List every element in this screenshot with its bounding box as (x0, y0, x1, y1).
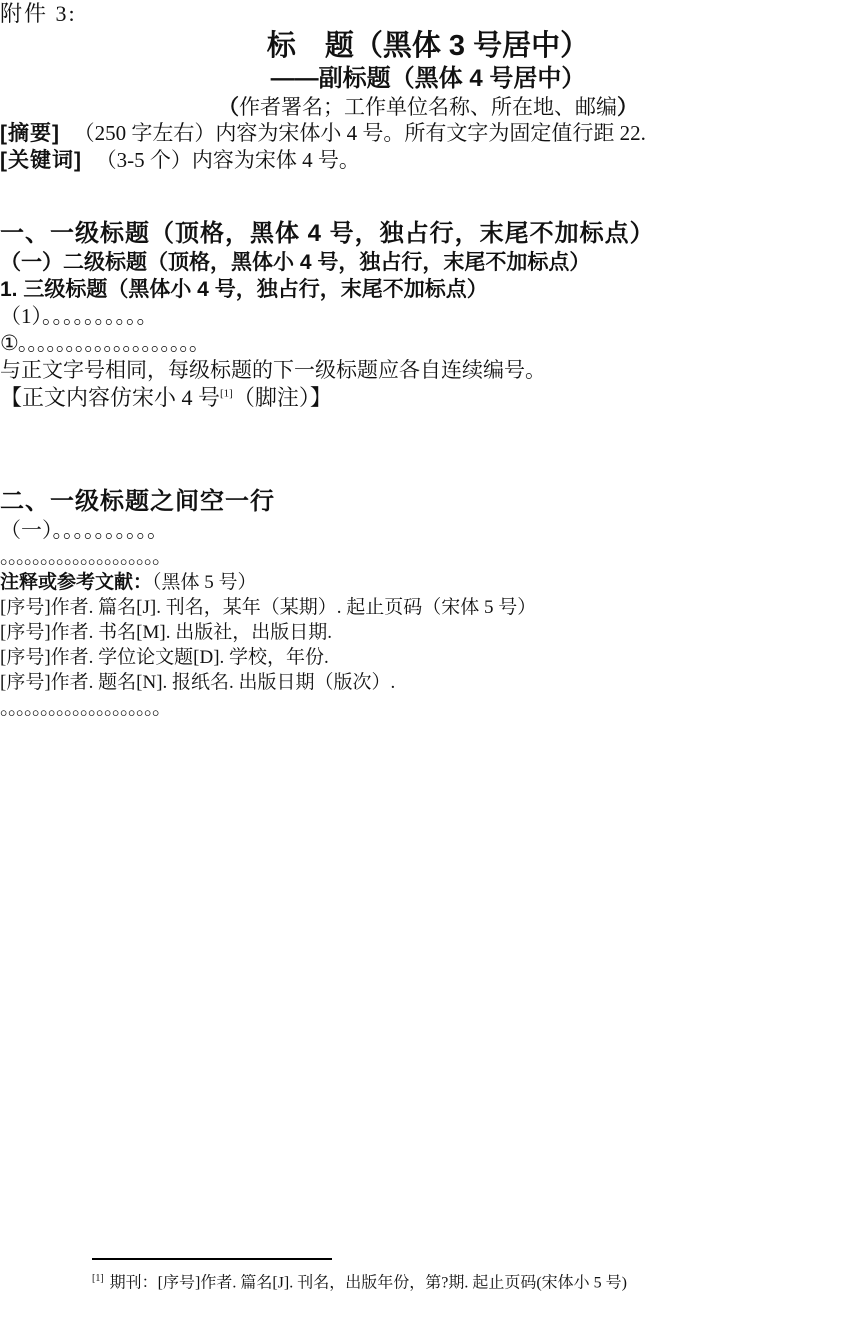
section1-heading-level2: （一）二级标题（顶格，黑体小 4 号，独占行，末尾不加标点） (0, 249, 856, 276)
paper-title: 标 题（黑体 3 号居中） (0, 28, 856, 64)
references-dots-row: 。。。。。。。。。。。。。。。。。。。。 (0, 695, 856, 721)
keywords-label: [关键词] (0, 149, 96, 172)
footnote-text: 期刊：[序号]作者. 篇名[J]. 刊名，出版年份，第?期. 起止页码(宋体小 … (110, 1274, 627, 1291)
abstract-label: [摘要] (0, 122, 74, 145)
section1-heading-level3: 1. 三级标题（黑体小 4 号，独占行，末尾不加标点） (0, 276, 856, 303)
footnote-area: [1]期刊：[序号]作者. 篇名[J]. 刊名，出版年份，第?期. 起止页码(宋… (92, 1258, 812, 1293)
footnote-reference-superscript: [1] (220, 388, 233, 400)
abstract-paragraph: [摘要]（250 字左右）内容为宋体小 4 号。所有文字为固定值行距 22. (0, 120, 856, 147)
document-page: 附件 3: 标 题（黑体 3 号居中） ——副标题（黑体 4 号居中） （作者署… (0, 0, 856, 1341)
author-close-paren: ） (617, 95, 638, 119)
footnote-marker: [1] (92, 1273, 104, 1284)
references-heading-label: 注释或参考文献： (0, 572, 152, 593)
author-open-paren: （ (218, 95, 239, 119)
section1-bracket-line: 【正文内容仿宋小 4 号[1]（脚注）】 (0, 384, 856, 412)
keywords-paragraph: [关键词]（3-5 个）内容为宋体 4 号。 (0, 147, 856, 174)
section1-item-paren1: （1）。。。。。。。。。。 (0, 303, 856, 330)
reference-item-newspaper: [序号]作者. 题名[N]. 报纸名. 出版日期（版次）. (0, 670, 856, 695)
section1-heading-level1: 一、一级标题（顶格，黑体 4 号，独占行，末尾不加标点） (0, 218, 856, 249)
section2-heading-level1: 二、一级标题之间空一行 (0, 486, 856, 517)
bracket-text-pre: 【正文内容仿宋小 4 号 (0, 385, 220, 410)
references-heading: 注释或参考文献：（黑体 5 号） (0, 570, 856, 595)
section2-item-paren-one: （一）。。。。。。。。。。 (0, 517, 856, 544)
bracket-text-post: （脚注）】 (233, 385, 332, 410)
footnote-line: [1]期刊：[序号]作者. 篇名[J]. 刊名，出版年份，第?期. 起止页码(宋… (92, 1268, 812, 1293)
abstract-text: （250 字左右）内容为宋体小 4 号。所有文字为固定值行距 22. (74, 121, 646, 145)
author-line: （作者署名；工作单位名称、所在地、邮编） (0, 94, 856, 120)
keywords-text: （3-5 个）内容为宋体 4 号。 (96, 148, 360, 172)
references-heading-note: （黑体 5 号） (152, 572, 257, 593)
reference-item-book: [序号]作者. 书名[M]. 出版社，出版日期. (0, 620, 856, 645)
reference-item-thesis: [序号]作者. 学位论文题[D]. 学校，年份. (0, 645, 856, 670)
footnote-separator (92, 1258, 332, 1260)
reference-item-journal: [序号]作者. 篇名[J]. 刊名，某年（某期）. 起止页码（宋体 5 号） (0, 595, 856, 620)
attachment-label: 附件 3: (0, 0, 856, 28)
section1-item-circle1: ①。。。。。。。。。。。。。。。。。。。 (0, 330, 856, 357)
paper-subtitle: ——副标题（黑体 4 号居中） (0, 64, 856, 94)
section1-body-note: 与正文字号相同，每级标题的下一级标题应各自连续编号。 (0, 357, 856, 384)
section2-dots-row: 。。。。。。。。。。。。。。。。。。。。 (0, 544, 856, 570)
author-text: 作者署名；工作单位名称、所在地、邮编 (239, 95, 617, 119)
